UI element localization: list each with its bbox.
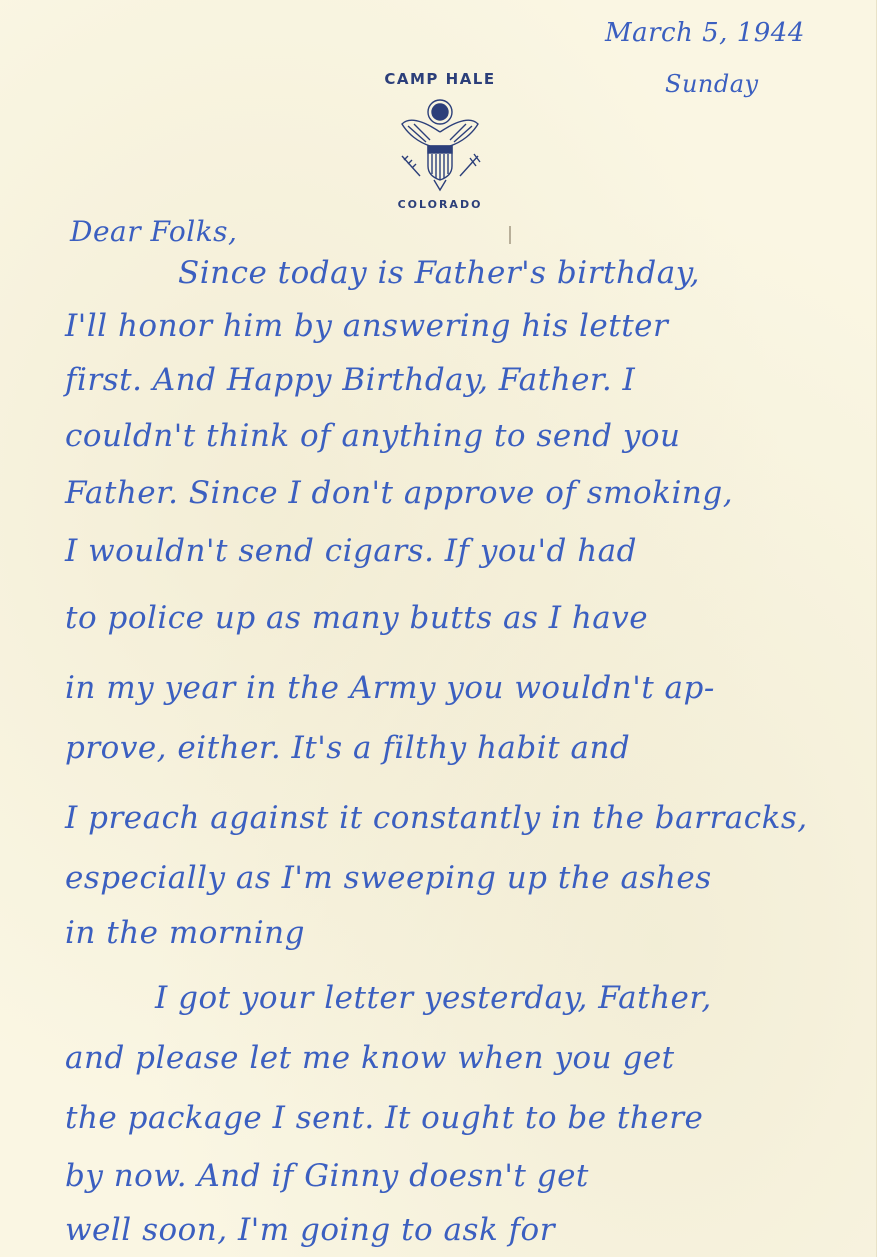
- paper-fold-mark: [509, 226, 511, 244]
- letter-line: to police up as many butts as I have: [65, 600, 648, 636]
- letter-line: in my year in the Army you wouldn't ap-: [65, 670, 715, 706]
- letter-line: well soon, I'm going to ask for: [65, 1212, 555, 1248]
- letter-line: couldn't think of anything to send you: [65, 418, 680, 454]
- letterhead-subtitle: COLORADO: [355, 198, 525, 211]
- letter-line: I'll honor him by answering his letter: [65, 308, 668, 344]
- letter-line: by now. And if Ginny doesn't get: [65, 1158, 589, 1194]
- letter-line: first. And Happy Birthday, Father. I: [65, 362, 635, 398]
- letterhead: CAMP HALE COLORADO: [355, 70, 525, 211]
- letter-page: CAMP HALE COLORADO March 5, 1944 Sunday …: [0, 0, 877, 1257]
- letter-line: especially as I'm sweeping up the ashes: [65, 860, 712, 896]
- letter-line: in the morning: [65, 915, 305, 951]
- letter-line: Father. Since I don't approve of smoking…: [65, 475, 733, 511]
- letter-line: I wouldn't send cigars. If you'd had: [65, 533, 637, 569]
- eagle-seal-icon: [390, 94, 490, 194]
- letter-line: prove, either. It's a filthy habit and: [65, 730, 630, 766]
- letter-line: I got your letter yesterday, Father,: [155, 980, 712, 1016]
- letter-date: March 5, 1944: [605, 18, 805, 48]
- letter-line: and please let me know when you get: [65, 1040, 675, 1076]
- letter-line: Since today is Father's birthday,: [178, 255, 700, 291]
- salutation: Dear Folks,: [70, 215, 237, 248]
- letterhead-title: CAMP HALE: [355, 70, 525, 88]
- letter-line: the package I sent. It ought to be there: [65, 1100, 703, 1136]
- letter-day: Sunday: [665, 70, 759, 98]
- letter-line: I preach against it constantly in the ba…: [65, 800, 808, 836]
